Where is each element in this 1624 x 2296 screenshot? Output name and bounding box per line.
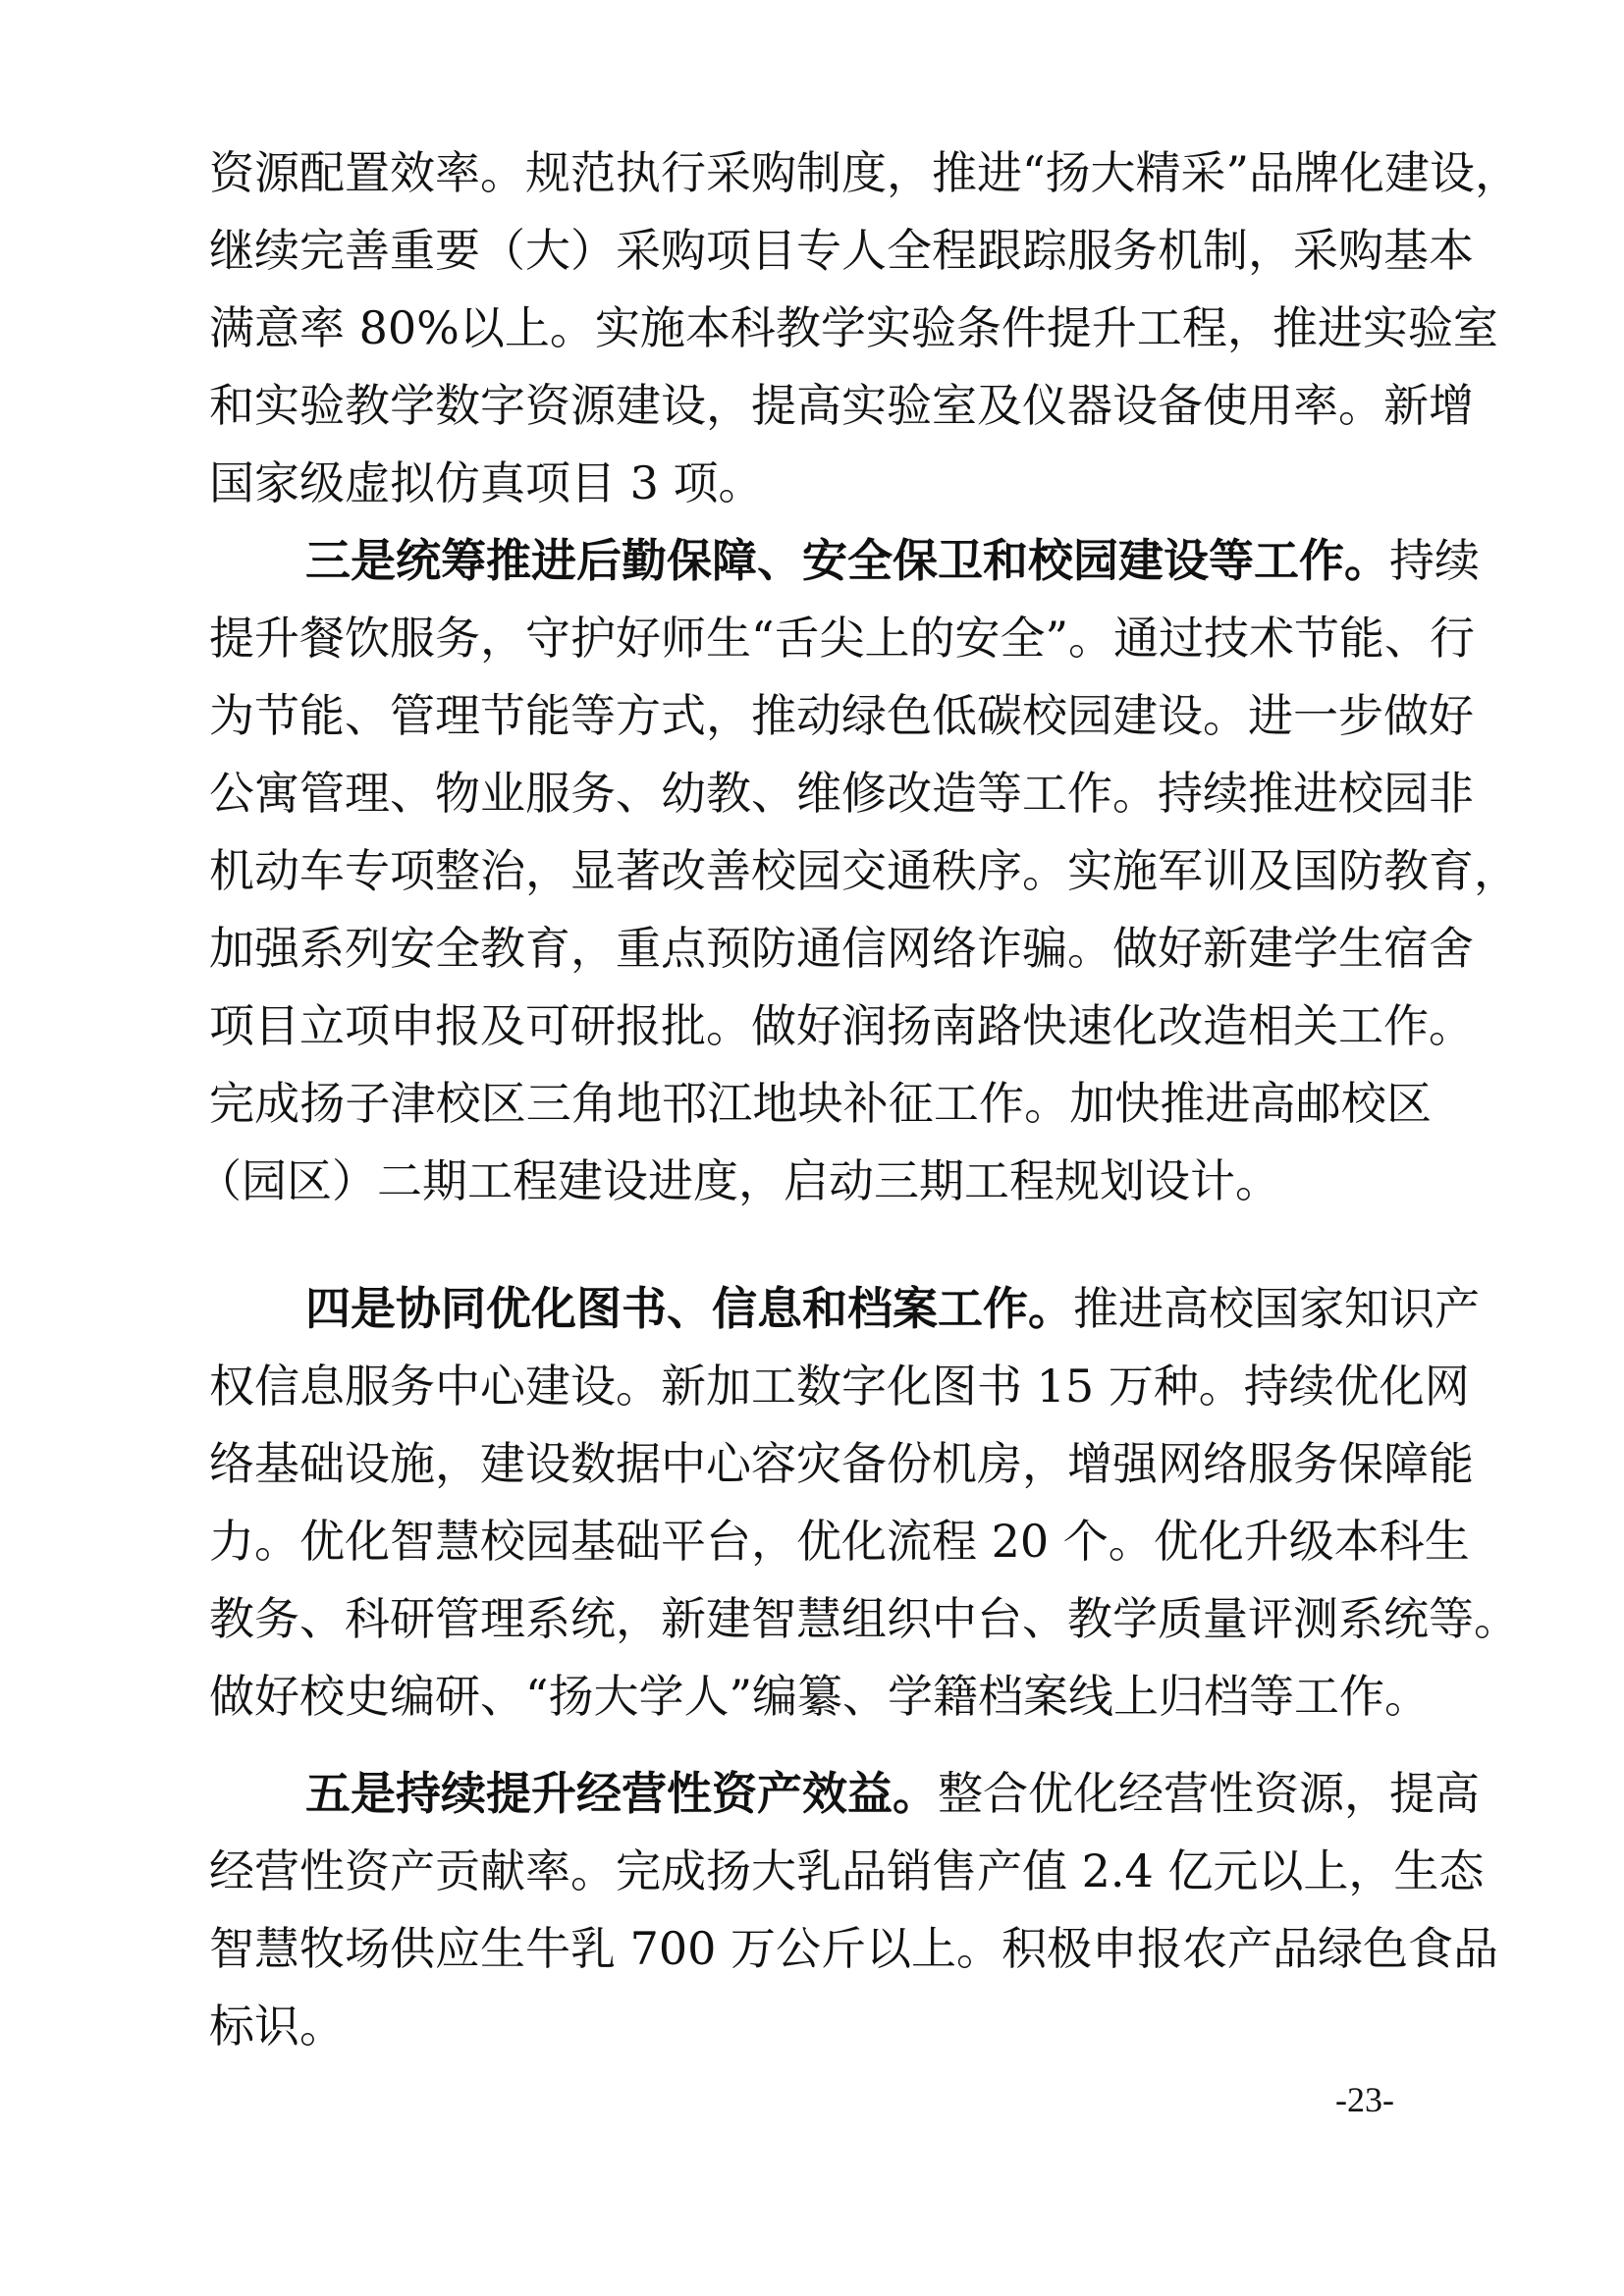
paragraph-line: 力。优化智慧校园基础平台，优化流程 20 个。优化升级本科生 xyxy=(209,1512,1432,1571)
document-page: 资源配置效率。规范执行采购制度，推进“扬大精采”品牌化建设， 继续完善重要（大）… xyxy=(0,0,1624,2296)
paragraph-line: 经营性资产贡献率。完成扬大乳品销售产值 2.4 亿元以上，生态 xyxy=(209,1842,1432,1900)
section-heading-four: 四是协同优化图书、信息和档案工作。 xyxy=(305,1282,1073,1335)
paragraph-line: 和实验教学数字资源建设，提高实验室及仪器设备使用率。新增 xyxy=(209,376,1432,435)
paragraph-line: 继续完善重要（大）采购项目专人全程跟踪服务机制，采购基本 xyxy=(209,221,1432,280)
paragraph-line: 资源配置效率。规范执行采购制度，推进“扬大精采”品牌化建设， xyxy=(209,143,1432,202)
paragraph-first-line: 五是持续提升经营性资产效益。整合优化经营性资源，提高 xyxy=(305,1764,1432,1823)
section-heading-three: 三是统筹推进后勤保障、安全保卫和校园建设等工作。 xyxy=(305,534,1389,587)
paragraph-line: 公寓管理、物业服务、幼教、维修改造等工作。持续推进校园非 xyxy=(209,764,1432,823)
paragraph-line: 教务、科研管理系统，新建智慧组织中台、教学质量评测系统等。 xyxy=(209,1589,1432,1648)
paragraph-first-line: 四是协同优化图书、信息和档案工作。推进高校国家知识产 xyxy=(305,1279,1432,1338)
paragraph-line: 智慧牧场供应生牛乳 700 万公斤以上。积极申报农产品绿色食品 xyxy=(209,1919,1432,1978)
paragraph-line: 为节能、管理节能等方式，推动绿色低碳校园建设。进一步做好 xyxy=(209,686,1432,745)
paragraph-text: 推进高校国家知识产 xyxy=(1073,1282,1480,1335)
paragraph-line: 络基础设施，建设数据中心容灾备份机房，增强网络服务保障能 xyxy=(209,1434,1432,1493)
paragraph-line: 项目立项申报及可研报批。做好润扬南路快速化改造相关工作。 xyxy=(209,996,1432,1055)
paragraph-line: 权信息服务中心建设。新加工数字化图书 15 万种。持续优化网 xyxy=(209,1357,1432,1415)
section-heading-five: 五是持续提升经营性资产效益。 xyxy=(305,1767,938,1820)
paragraph-line: 做好校史编研、“扬大学人”编纂、学籍档案线上归档等工作。 xyxy=(209,1667,1432,1726)
paragraph-text: 整合优化经营性资源，提高 xyxy=(938,1767,1480,1820)
paragraph-line: （园区）二期工程建设进度，启动三期工程规划设计。 xyxy=(196,1151,1419,1210)
paragraph-line: 国家级虚拟仿真项目 3 项。 xyxy=(209,454,1432,512)
paragraph-text: 持续 xyxy=(1389,534,1480,587)
page-number: -23- xyxy=(1335,2079,1394,2120)
paragraph-line: 提升餐饮服务，守护好师生“舌尖上的安全”。通过技术节能、行 xyxy=(209,609,1432,667)
paragraph-first-line: 三是统筹推进后勤保障、安全保卫和校园建设等工作。持续 xyxy=(305,531,1432,590)
paragraph-line: 加强系列安全教育，重点预防通信网络诈骗。做好新建学生宿舍 xyxy=(209,919,1432,978)
paragraph-line: 机动车专项整治，显著改善校园交通秩序。实施军训及国防教育， xyxy=(209,841,1432,900)
paragraph-line: 标识。 xyxy=(209,1997,1432,2056)
paragraph-line: 完成扬子津校区三角地邗江地块补征工作。加快推进高邮校区 xyxy=(209,1074,1432,1133)
paragraph-line: 满意率 80%以上。实施本科教学实验条件提升工程，推进实验室 xyxy=(209,298,1432,357)
